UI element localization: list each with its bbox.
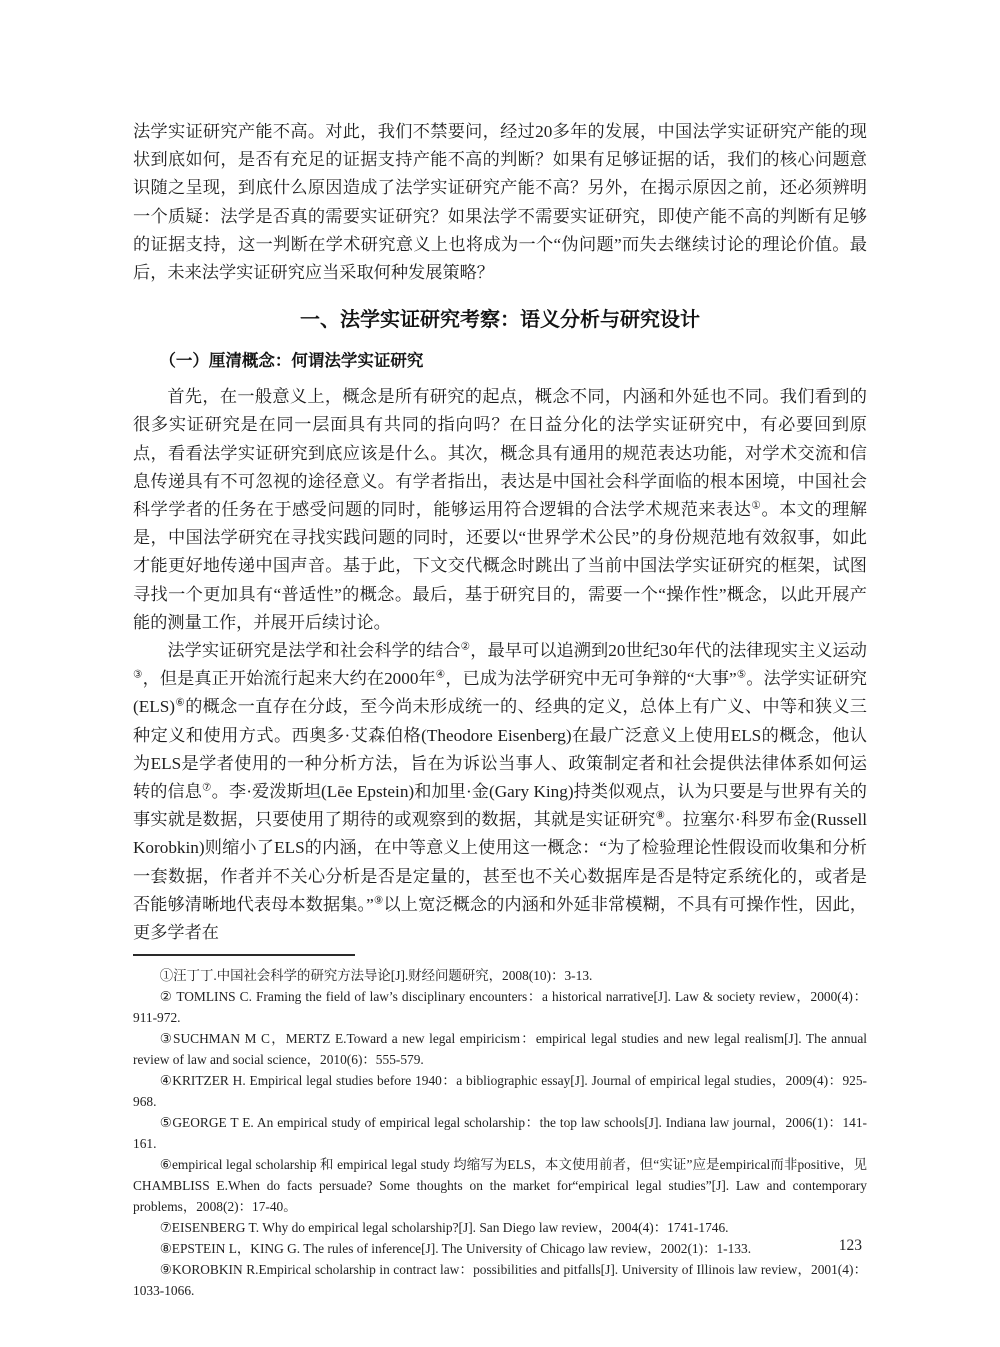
paragraph-els-definitions: 法学实证研究是法学和社会科学的结合②，最早可以追溯到20世纪30年代的法律现实主… bbox=[133, 637, 867, 947]
subsection-heading: （一）厘清概念：何谓法学实证研究 bbox=[133, 350, 867, 373]
page-number: 123 bbox=[839, 1237, 862, 1255]
footnote-7: ⑦EISENBERG T. Why do empirical legal sch… bbox=[133, 1217, 867, 1238]
footnote-3: ③SUCHMAN M C，MERTZ E.Toward a new legal … bbox=[133, 1028, 867, 1070]
continued-paragraph: 法学实证研究产能不高。对此，我们不禁要问，经过20多年的发展，中国法学实证研究产… bbox=[133, 118, 867, 287]
text-column: 法学实证研究产能不高。对此，我们不禁要问，经过20多年的发展，中国法学实证研究产… bbox=[133, 118, 867, 1301]
footnote-1: ①汪丁丁.中国社会科学的研究方法导论[J].财经问题研究，2008(10)：3-… bbox=[133, 965, 867, 986]
footnote-9: ⑨KOROBKIN R.Empirical scholarship in con… bbox=[133, 1259, 867, 1301]
footnote-6: ⑥empirical legal scholarship 和 empirical… bbox=[133, 1154, 867, 1217]
section-heading: 一、法学实证研究考察：语义分析与研究设计 bbox=[133, 307, 867, 333]
footnotes-section: ①汪丁丁.中国社会科学的研究方法导论[J].财经问题研究，2008(10)：3-… bbox=[133, 965, 867, 1301]
footnote-divider bbox=[133, 954, 355, 956]
footnote-5: ⑤GEORGE T E. An empirical study of empir… bbox=[133, 1112, 867, 1154]
footnote-8: ⑧EPSTEIN L，KING G. The rules of inferenc… bbox=[133, 1238, 867, 1259]
footnote-2: ② TOMLINS C. Framing the field of law’s … bbox=[133, 986, 867, 1028]
footnote-4: ④KRITZER H. Empirical legal studies befo… bbox=[133, 1070, 867, 1112]
paper-page: 法学实证研究产能不高。对此，我们不禁要问，经过20多年的发展，中国法学实证研究产… bbox=[0, 0, 1000, 1347]
paragraph-concepts: 首先，在一般意义上，概念是所有研究的起点，概念不同，内涵和外延也不同。我们看到的… bbox=[133, 383, 867, 637]
